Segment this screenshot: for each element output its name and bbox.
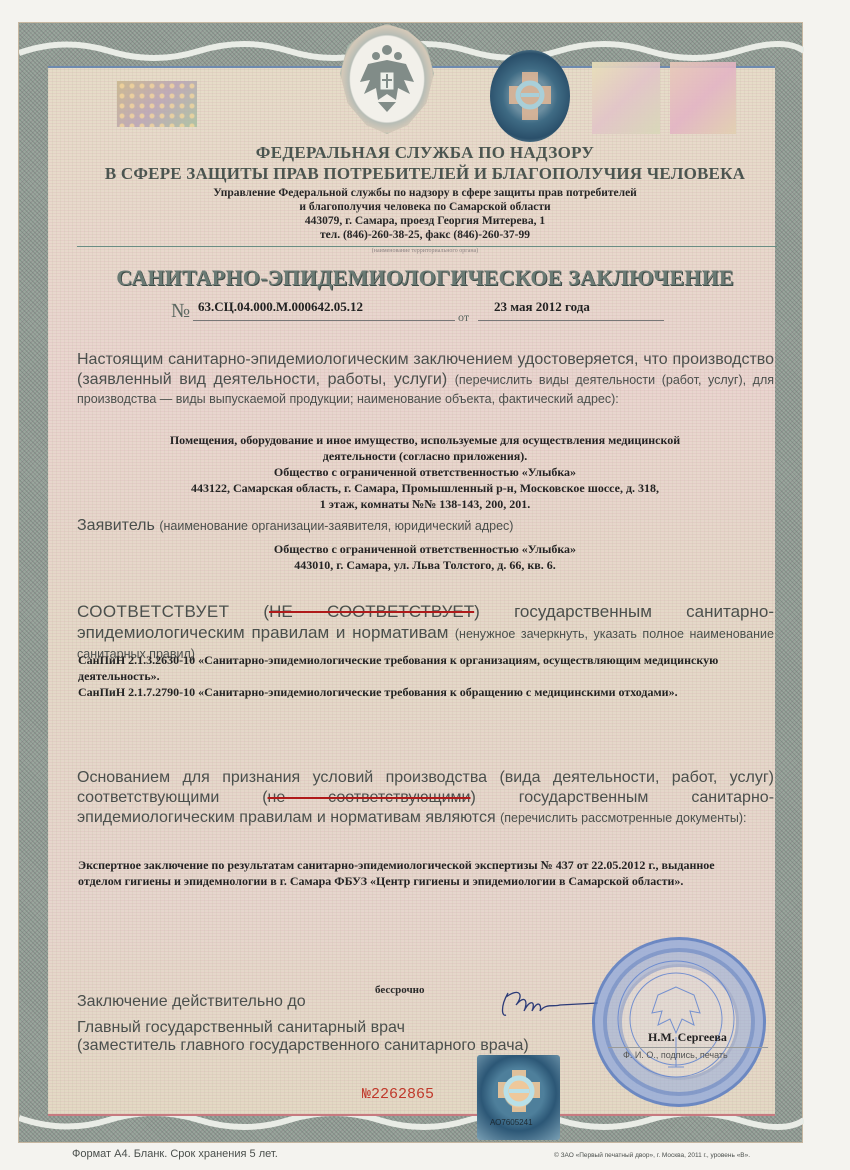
applicant-label: Заявитель — [77, 517, 155, 534]
hologram-code: АО7605241 — [490, 1118, 533, 1127]
intro-paragraph: Настоящим санитарно-эпидемиологическим з… — [77, 350, 774, 408]
office-line-1: Управление Федеральной службы по надзору… — [0, 187, 850, 199]
double-headed-eagle-icon — [358, 42, 416, 120]
footer-format-note: Формат А4. Бланк. Срок хранения 5 лет. — [72, 1148, 278, 1160]
office-caption: (наименование территориального органа) — [0, 248, 850, 254]
basis-struck: не соответствующими — [268, 789, 471, 806]
document-number: 63.СЦ.04.000.М.000642.05.12 — [198, 299, 363, 315]
object-rooms: 1 этаж, комнаты №№ 138-143, 200, 201. — [0, 496, 850, 512]
sanitary-rule-2: СанПиН 2.1.7.2790-10 «Санитарно-эпидемио… — [78, 684, 758, 700]
agency-name-line-2: В СФЕРЕ ЗАЩИТЫ ПРАВ ПОТРЕБИТЕЛЕЙ И БЛАГО… — [0, 164, 850, 184]
basis-caption: (перечислить рассмотренные документы): — [500, 811, 746, 825]
office-phone: тел. (846)-260-38-25, факс (846)-260-37-… — [0, 229, 850, 241]
object-company: Общество с ограниченной ответственностью… — [0, 464, 850, 480]
sanitary-rule-1: СанПиН 2.1.3.2630-10 «Санитарно-эпидемио… — [78, 652, 758, 684]
number-underline — [193, 320, 455, 321]
signatory-title: Главный государственный санитарный врач — [77, 1018, 405, 1038]
signatory-underline — [608, 1047, 768, 1048]
signatory-caption: Ф. И. О., подпись, печать — [623, 1050, 728, 1060]
number-label: № — [171, 300, 190, 323]
applicant-caption: (наименование организации-заявителя, юри… — [159, 519, 513, 533]
hologram-pattern-left — [117, 81, 197, 127]
blank-serial-number: №2262865 — [362, 1086, 434, 1103]
hologram-pattern-right-2 — [670, 62, 736, 134]
header-rule — [77, 246, 777, 247]
document-title: САНИТАРНО-ЭПИДЕМИОЛОГИЧЕСКОЕ ЗАКЛЮЧЕНИЕ — [0, 265, 850, 291]
applicant-row: Заявитель (наименование организации-заяв… — [77, 516, 774, 536]
validity-label: Заключение действительно до — [77, 992, 306, 1012]
date-label: от — [458, 310, 469, 325]
hologram-logo-icon — [494, 1066, 544, 1116]
validity-value: бессрочно — [375, 984, 425, 996]
signature-icon — [490, 985, 600, 1025]
object-line-2: деятельности (согласно приложения). — [0, 448, 850, 464]
office-address: 443079, г. Самара, проезд Георгия Митере… — [0, 215, 850, 227]
signatory-name: Н.М. Сергеева — [648, 1030, 727, 1045]
basis-paragraph: Основанием для признания условий произво… — [77, 768, 774, 828]
stamp-emblem-icon — [592, 937, 760, 1101]
sanitary-service-logo-icon — [505, 68, 555, 124]
hologram-pattern-right-1 — [592, 62, 660, 134]
applicant-company: Общество с ограниченной ответственностью… — [0, 541, 850, 557]
document-date: 23 мая 2012 года — [494, 299, 590, 315]
date-underline — [478, 320, 664, 321]
compliance-status: СООТВЕТСТВУЕТ — [77, 602, 229, 621]
object-address: 443122, Самарская область, г. Самара, Пр… — [0, 480, 850, 496]
basis-document: Экспертное заключение по результатам сан… — [78, 857, 718, 889]
applicant-address: 443010, г. Самара, ул. Льва Толстого, д.… — [0, 557, 850, 573]
footer-printer-note: © ЗАО «Первый печатный двор», г. Москва,… — [554, 1152, 750, 1159]
agency-name-line-1: ФЕДЕРАЛЬНАЯ СЛУЖБА ПО НАДЗОРУ — [0, 143, 850, 163]
office-line-2: и благополучия человека по Самарской обл… — [0, 201, 850, 213]
object-line-1: Помещения, оборудование и иное имущество… — [0, 432, 850, 448]
signatory-title-deputy: (заместитель главного государственного с… — [77, 1036, 529, 1056]
compliance-struck: НЕ СООТВЕТСТВУЕТ — [269, 602, 474, 621]
